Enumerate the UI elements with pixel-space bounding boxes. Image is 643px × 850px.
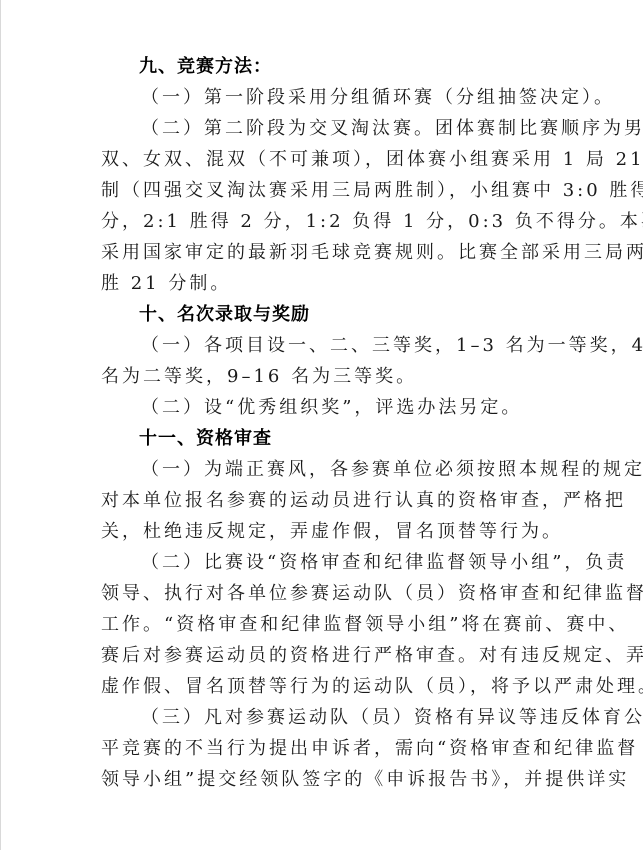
paragraph-line: 制（四强交叉淘汰赛采用三局两胜制），小组赛中 3:0 胜得 3 xyxy=(101,175,569,206)
paragraph-line: （三）凡对参赛运动队（员）资格有异议等违反体育公 xyxy=(101,702,569,733)
paragraph-line: （二）比赛设“资格审查和纪律监督领导小组”，负责 xyxy=(101,547,569,578)
paragraph-line: 领导小组”提交经领队签字的《申诉报告书》，并提供详实 xyxy=(101,764,569,795)
paragraph-line: （二）第二阶段为交叉淘汰赛。团体赛制比赛顺序为男 xyxy=(101,113,569,144)
paragraph-line: （一）为端正赛风，各参赛单位必须按照本规程的规定， xyxy=(101,454,569,485)
paragraph-line: 对本单位报名参赛的运动员进行认真的资格审查，严格把 xyxy=(101,485,569,516)
paragraph-line: 平竞赛的不当行为提出申诉者，需向“资格审查和纪律监督 xyxy=(101,733,569,764)
paragraph-line: 领导、执行对各单位参赛运动队（员）资格审查和纪律监督 xyxy=(101,578,569,609)
paragraph-line: 赛后对参赛运动员的资格进行严格审查。对有违反规定、弄 xyxy=(101,640,569,671)
paragraph-line: 采用国家审定的最新羽毛球竞赛规则。比赛全部采用三局两 xyxy=(101,237,569,268)
document-page: 九、竞赛方法： （一）第一阶段采用分组循环赛（分组抽签决定）。 （二）第二阶段为… xyxy=(101,51,569,795)
paragraph-line: （一）各项目设一、二、三等奖，1–3 名为一等奖，4–8 xyxy=(101,330,569,361)
paragraph-line: 工作。“资格审查和纪律监督领导小组”将在赛前、赛中、 xyxy=(101,609,569,640)
section-heading-competition-method: 九、竞赛方法： xyxy=(101,51,569,82)
paragraph-line: 名为二等奖，9–16 名为三等奖。 xyxy=(101,361,569,392)
paragraph-line: （二）设“优秀组织奖”，评选办法另定。 xyxy=(101,392,569,423)
paragraph-line: 胜 21 分制。 xyxy=(101,268,569,299)
paragraph-line: （一）第一阶段采用分组循环赛（分组抽签决定）。 xyxy=(101,82,569,113)
paragraph-line: 虚作假、冒名顶替等行为的运动队（员），将予以严肃处理。 xyxy=(101,671,569,702)
paragraph-line: 关，杜绝违反规定，弄虚作假，冒名顶替等行为。 xyxy=(101,516,569,547)
section-heading-rankings-awards: 十、名次录取与奖励 xyxy=(101,299,569,330)
paragraph-line: 双、女双、混双（不可兼项），团体赛小组赛采用 1 局 21 分 xyxy=(101,144,569,175)
section-heading-eligibility-review: 十一、资格审查 xyxy=(101,423,569,454)
paragraph-line: 分，2:1 胜得 2 分，1:2 负得 1 分，0:3 负不得分。本次比赛 xyxy=(101,206,569,237)
